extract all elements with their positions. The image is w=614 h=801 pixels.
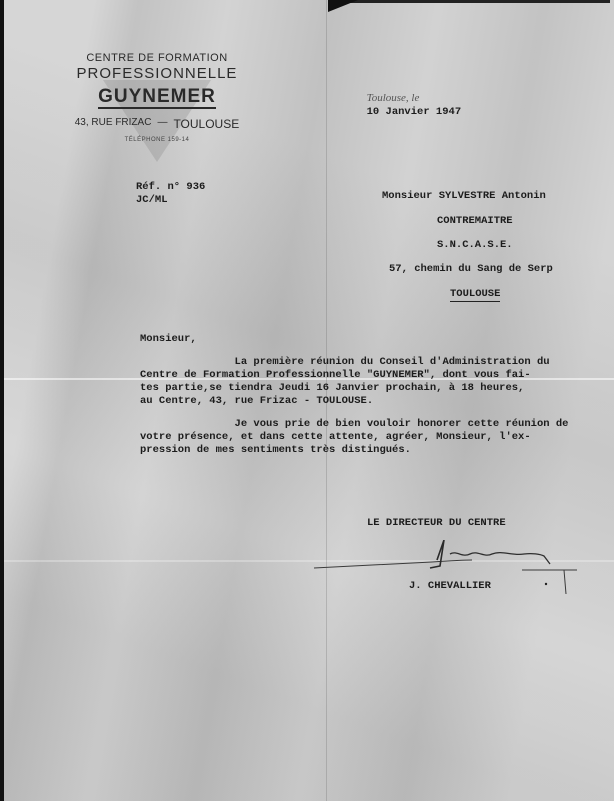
recipient-name: Monsieur SYLVESTRE Antonin — [382, 190, 546, 203]
letterhead: CENTRE DE FORMATION PROFESSIONNELLE GUYN… — [62, 50, 252, 143]
signature-role: LE DIRECTEUR DU CENTRE — [367, 517, 506, 530]
paper-top-edge — [328, 0, 610, 3]
signature-name: J. CHEVALLIER — [409, 580, 491, 593]
recipient-street: 57, chemin du Sang de Serp — [389, 263, 553, 276]
date-place: Toulouse, le — [367, 92, 420, 104]
letterhead-address: 43, RUE FRIZAC — TOULOUSE — [62, 117, 252, 131]
date-value: 10 Janvier 1947 — [367, 106, 462, 118]
reference-initials: JC/ML — [136, 194, 168, 207]
reference-number: Réf. n° 936 — [136, 181, 205, 194]
salutation: Monsieur, — [140, 333, 197, 346]
paragraph1-line: au Centre, 43, rue Frizac - TOULOUSE. — [140, 395, 373, 408]
letterhead-dash: — — [157, 117, 167, 131]
date-line: Toulouse, le 10 Janvier 1947 — [354, 79, 461, 119]
paragraph1-line: Centre de Formation Professionnelle "GUY… — [140, 369, 531, 382]
letterhead-city: TOULOUSE — [173, 117, 239, 131]
paragraph2-line: pression de mes sentiments très distingu… — [140, 444, 411, 457]
paragraph1-line: tes partie,se tiendra Jeudi 16 Janvier p… — [140, 382, 524, 395]
letterhead-street: 43, RUE FRIZAC — [75, 117, 152, 131]
recipient-company: S.N.C.A.S.E. — [437, 239, 513, 252]
paper-tear — [328, 0, 358, 12]
letterhead-name: GUYNEMER — [98, 87, 216, 109]
letterhead-line2: PROFESSIONNELLE — [62, 65, 252, 82]
letterhead-line1: CENTRE DE FORMATION — [62, 52, 252, 64]
letterhead-telephone: TÉLÉPHONE 159-14 — [62, 137, 252, 143]
recipient-title: CONTREMAITRE — [437, 215, 513, 228]
paragraph2-line: Je vous prie de bien vouloir honorer cet… — [140, 418, 568, 431]
recipient-city: TOULOUSE — [450, 288, 500, 302]
paragraph2-line: votre présence, et dans cette attente, a… — [140, 431, 531, 444]
paragraph1-line: La première réunion du Conseil d'Adminis… — [140, 356, 550, 369]
